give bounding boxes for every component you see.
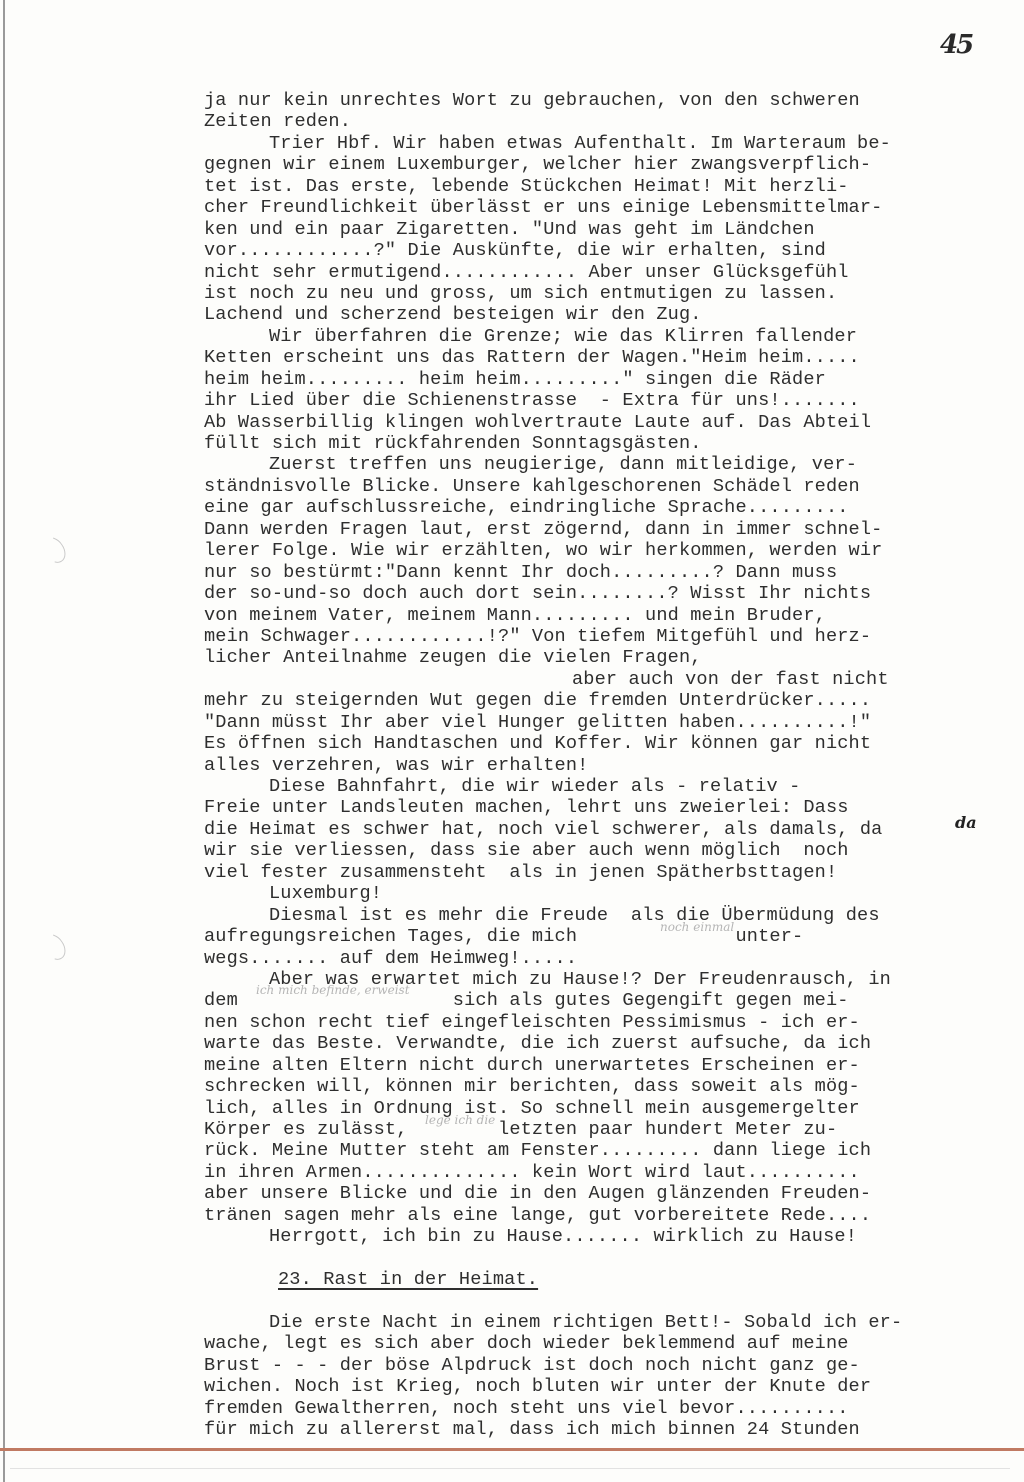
text-line: Zeiten reden. [204, 111, 984, 132]
text-line: Wir überfahren die Grenze; wie das Klirr… [204, 326, 984, 347]
text-line: für mich zu allererst mal, dass ich mich… [204, 1419, 984, 1440]
text-line: Ab Wasserbillig klingen wohlvertraute La… [204, 412, 984, 433]
text-line: Freie unter Landsleuten machen, lehrt un… [204, 797, 984, 818]
text-line: mein Schwager............!?" Von tiefem … [204, 626, 984, 647]
text-line: aber auch von der fast nicht [204, 669, 984, 690]
text-line: Die erste Nacht in einem richtigen Bett!… [204, 1312, 984, 1333]
text-line: füllt sich mit rückfahrenden Sonntagsgäs… [204, 433, 984, 454]
text-line: aufregungsreichen Tages, die mich unter- [204, 926, 984, 947]
text-line: tet ist. Das erste, lebende Stückchen He… [204, 176, 984, 197]
text-line: fremden Gewaltherren, noch steht uns vie… [204, 1398, 984, 1419]
text-line: viel fester zusammensteht als in jenen S… [204, 862, 984, 883]
text-line: meine alten Eltern nicht durch unerwarte… [204, 1055, 984, 1076]
text-line: wir sie verliessen, dass sie aber auch w… [204, 840, 984, 861]
text-line: Lachend und scherzend besteigen wir den … [204, 304, 984, 325]
text-line: die Heimat es schwer hat, noch viel schw… [204, 819, 984, 840]
text-line: schrecken will, können mir berichten, da… [204, 1076, 984, 1097]
text-line: wichen. Noch ist Krieg, noch bluten wir … [204, 1376, 984, 1397]
blank-line [204, 1248, 984, 1269]
text-line: "Dann müsst Ihr aber viel Hunger gelitte… [204, 712, 984, 733]
left-margin-rule [3, 0, 5, 1482]
binder-hole-mark [38, 533, 70, 567]
body-text: ja nur kein unrechtes Wort zu gebrauchen… [204, 90, 984, 1441]
text-line: lerer Folge. Wie wir erzählten, wo wir h… [204, 540, 984, 561]
text-line: nicht sehr ermutigend............ Aber u… [204, 262, 984, 283]
text-line: Zuerst treffen uns neugierige, dann mitl… [204, 454, 984, 475]
text-line: aber unsere Blicke und die in den Augen … [204, 1183, 984, 1204]
text-line: Diesmal ist es mehr die Freude als die Ü… [204, 905, 984, 926]
text-line: heim heim......... heim heim........." s… [204, 369, 984, 390]
text-line: Es öffnen sich Handtaschen und Koffer. W… [204, 733, 984, 754]
text-line: tränen sagen mehr als eine lange, gut vo… [204, 1205, 984, 1226]
text-line: gegnen wir einem Luxemburger, welcher hi… [204, 154, 984, 175]
text-line: Brust - - - der böse Alpdruck ist doch n… [204, 1355, 984, 1376]
blank-line [204, 1291, 984, 1312]
text-line: Dann werden Fragen laut, erst zögernd, d… [204, 519, 984, 540]
text-line: licher Anteilnahme zeugen die vielen Fra… [204, 647, 984, 668]
text-line: von meinem Vater, meinem Mann......... u… [204, 605, 984, 626]
text-line: eine gar aufschlussreiche, eindringliche… [204, 497, 984, 518]
text-line: in ihren Armen.............. kein Wort w… [204, 1162, 984, 1183]
text-line: mehr zu steigernden Wut gegen die fremde… [204, 690, 984, 711]
text-line: vor............?" Die Auskünfte, die wir… [204, 240, 984, 261]
text-line: wegs....... auf dem Heimweg!..... [204, 948, 984, 969]
text-line: ist noch zu neu und gross, um sich entmu… [204, 283, 984, 304]
text-line: der so-und-so doch auch dort sein.......… [204, 583, 984, 604]
text-line: wache, legt es sich aber doch wieder bek… [204, 1333, 984, 1354]
text-line: ständnisvolle Blicke. Unsere kahlgeschor… [204, 476, 984, 497]
text-line: Diese Bahnfahrt, die wir wieder als - re… [204, 776, 984, 797]
pencil-annotation: noch einmal [660, 920, 734, 934]
text-line: nen schon recht tief eingefleischten Pes… [204, 1012, 984, 1033]
text-line: cher Freundlichkeit überlässt er uns ein… [204, 197, 984, 218]
section-heading: 23. Rast in der Heimat. [204, 1269, 984, 1290]
bottom-edge-rule [0, 1448, 1024, 1451]
text-line: alles verzehren, was wir erhalten! [204, 755, 984, 776]
text-line: Luxemburg! [204, 883, 984, 904]
text-line: lich, alles in Ordnung ist. So schnell m… [204, 1098, 984, 1119]
handwritten-correction: da [955, 813, 977, 832]
text-line: ihr Lied über die Schienenstrasse - Extr… [204, 390, 984, 411]
text-line: Ketten erscheint uns das Rattern der Wag… [204, 347, 984, 368]
binder-hole-mark [38, 930, 70, 964]
bottom-faint-line [10, 1468, 1010, 1469]
text-line: ja nur kein unrechtes Wort zu gebrauchen… [204, 90, 984, 111]
text-line: nur so bestürmt:"Dann kennt Ihr doch....… [204, 562, 984, 583]
text-line: Herrgott, ich bin zu Hause....... wirkli… [204, 1226, 984, 1247]
pencil-annotation: lege ich die [425, 1113, 495, 1127]
text-line: Körper es zulässt, letzten paar hundert … [204, 1119, 984, 1140]
text-line: rück. Meine Mutter steht am Fenster.....… [204, 1140, 984, 1161]
pencil-annotation: ich mich befinde, erweist [256, 983, 410, 997]
text-line: warte das Beste. Verwandte, die ich zuer… [204, 1033, 984, 1054]
text-line: ken und ein paar Zigaretten. "Und was ge… [204, 219, 984, 240]
page-number: 45 [940, 30, 972, 60]
typewritten-page: 45 ja nur kein unrechtes Wort zu gebrauc… [0, 0, 1024, 1482]
text-line: Trier Hbf. Wir haben etwas Aufenthalt. I… [204, 133, 984, 154]
